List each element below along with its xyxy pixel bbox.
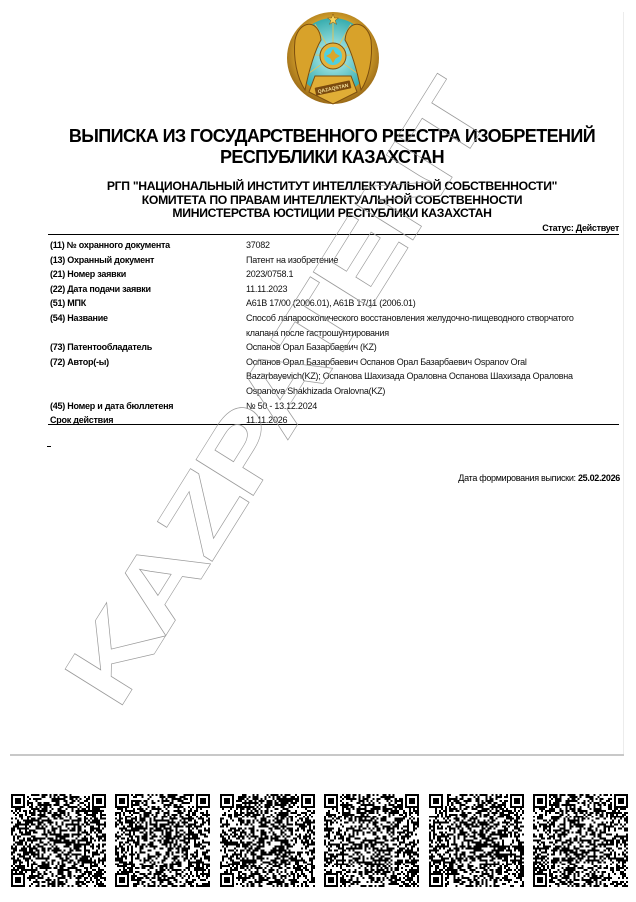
- issuer-line: МИНИСТЕРСТВА ЮСТИЦИИ РЕСПУБЛИКИ КАЗАХСТА…: [0, 207, 636, 221]
- generation-date-label: Дата формирования выписки:: [458, 473, 575, 483]
- field-label: (73) Патентообладатель: [50, 340, 246, 355]
- table-row: (72) Автор(-ы)Оспанов Орал Базарбаевич О…: [50, 355, 620, 399]
- qr-code-icon: [533, 794, 628, 887]
- field-label: (22) Дата подачи заявки: [50, 282, 246, 297]
- table-top-rule: [48, 234, 619, 235]
- issuer-line: РГП "НАЦИОНАЛЬНЫЙ ИНСТИТУТ ИНТЕЛЛЕКТУАЛЬ…: [0, 180, 636, 194]
- field-value: Способ лапароскопического восстановления…: [246, 311, 620, 340]
- document-title: ВЫПИСКА ИЗ ГОСУДАРСТВЕННОГО РЕЕСТРА ИЗОБ…: [0, 126, 636, 168]
- field-value: 11.11.2023: [246, 282, 620, 297]
- page-edge-bottom: [10, 754, 624, 756]
- qr-code-icon: [11, 794, 106, 887]
- table-row: (54) НазваниеСпособ лапароскопического в…: [50, 311, 620, 340]
- field-label: (13) Охранный документ: [50, 253, 246, 268]
- table-row: (73) ПатентообладательОспанов Орал Базар…: [50, 340, 620, 355]
- stray-dash-mark: [47, 446, 51, 447]
- field-label: (11) № охранного документа: [50, 238, 246, 253]
- qr-code-icon: [115, 794, 210, 887]
- field-value: A61B 17/00 (2006.01), A61B 17/11 (2006.0…: [246, 296, 620, 311]
- issuer-block: РГП "НАЦИОНАЛЬНЫЙ ИНСТИТУТ ИНТЕЛЛЕКТУАЛЬ…: [0, 180, 636, 221]
- field-label: (51) МПК: [50, 296, 246, 311]
- page-edge-right: [623, 12, 624, 756]
- table-row: (21) Номер заявки2023/0758.1: [50, 267, 620, 282]
- field-value: 11.11.2026: [246, 413, 620, 428]
- patent-fields-table: (11) № охранного документа37082 (13) Охр…: [50, 238, 620, 428]
- field-label: (21) Номер заявки: [50, 267, 246, 282]
- document-title-line: ВЫПИСКА ИЗ ГОСУДАРСТВЕННОГО РЕЕСТРА ИЗОБ…: [0, 126, 636, 147]
- issuer-line: КОМИТЕТА ПО ПРАВАМ ИНТЕЛЛЕКТУАЛЬНОЙ СОБС…: [0, 194, 636, 208]
- table-row: (51) МПКA61B 17/00 (2006.01), A61B 17/11…: [50, 296, 620, 311]
- field-value: 37082: [246, 238, 620, 253]
- qr-code-icon: [220, 794, 315, 887]
- field-label: (72) Автор(-ы): [50, 355, 246, 399]
- generation-date: Дата формирования выписки: 25.02.2026: [458, 473, 620, 483]
- field-value: 2023/0758.1: [246, 267, 620, 282]
- field-value: Оспанов Орал Базарбаевич Оспанов Орал Ба…: [246, 355, 620, 399]
- table-row: (13) Охранный документПатент на изобрете…: [50, 253, 620, 268]
- qr-code-icon: [429, 794, 524, 887]
- generation-date-value: 25.02.2026: [578, 473, 620, 483]
- table-bottom-rule: [48, 424, 619, 425]
- state-emblem-icon: QAZAQSTAN: [285, 10, 381, 110]
- document-title-line: РЕСПУБЛИКИ КАЗАХСТАН: [0, 147, 636, 168]
- patent-extract-page: QAZAQSTAN ВЫПИСКА ИЗ ГОСУДАРСТВЕННОГО РЕ…: [0, 0, 636, 902]
- table-row: (45) Номер и дата бюллетеня№ 50 - 13.12.…: [50, 399, 620, 414]
- table-row: Срок действия11.11.2026: [50, 413, 620, 428]
- field-value: Оспанов Орал Базарбаевич (KZ): [246, 340, 620, 355]
- field-label: Срок действия: [50, 413, 246, 428]
- table-row: (22) Дата подачи заявки11.11.2023: [50, 282, 620, 297]
- field-label: (45) Номер и дата бюллетеня: [50, 399, 246, 414]
- qr-code-icon: [324, 794, 419, 887]
- table-row: (11) № охранного документа37082: [50, 238, 620, 253]
- field-label: (54) Название: [50, 311, 246, 340]
- field-value: № 50 - 13.12.2024: [246, 399, 620, 414]
- status-badge: Статус: Действует: [542, 223, 619, 233]
- field-value: Патент на изобретение: [246, 253, 620, 268]
